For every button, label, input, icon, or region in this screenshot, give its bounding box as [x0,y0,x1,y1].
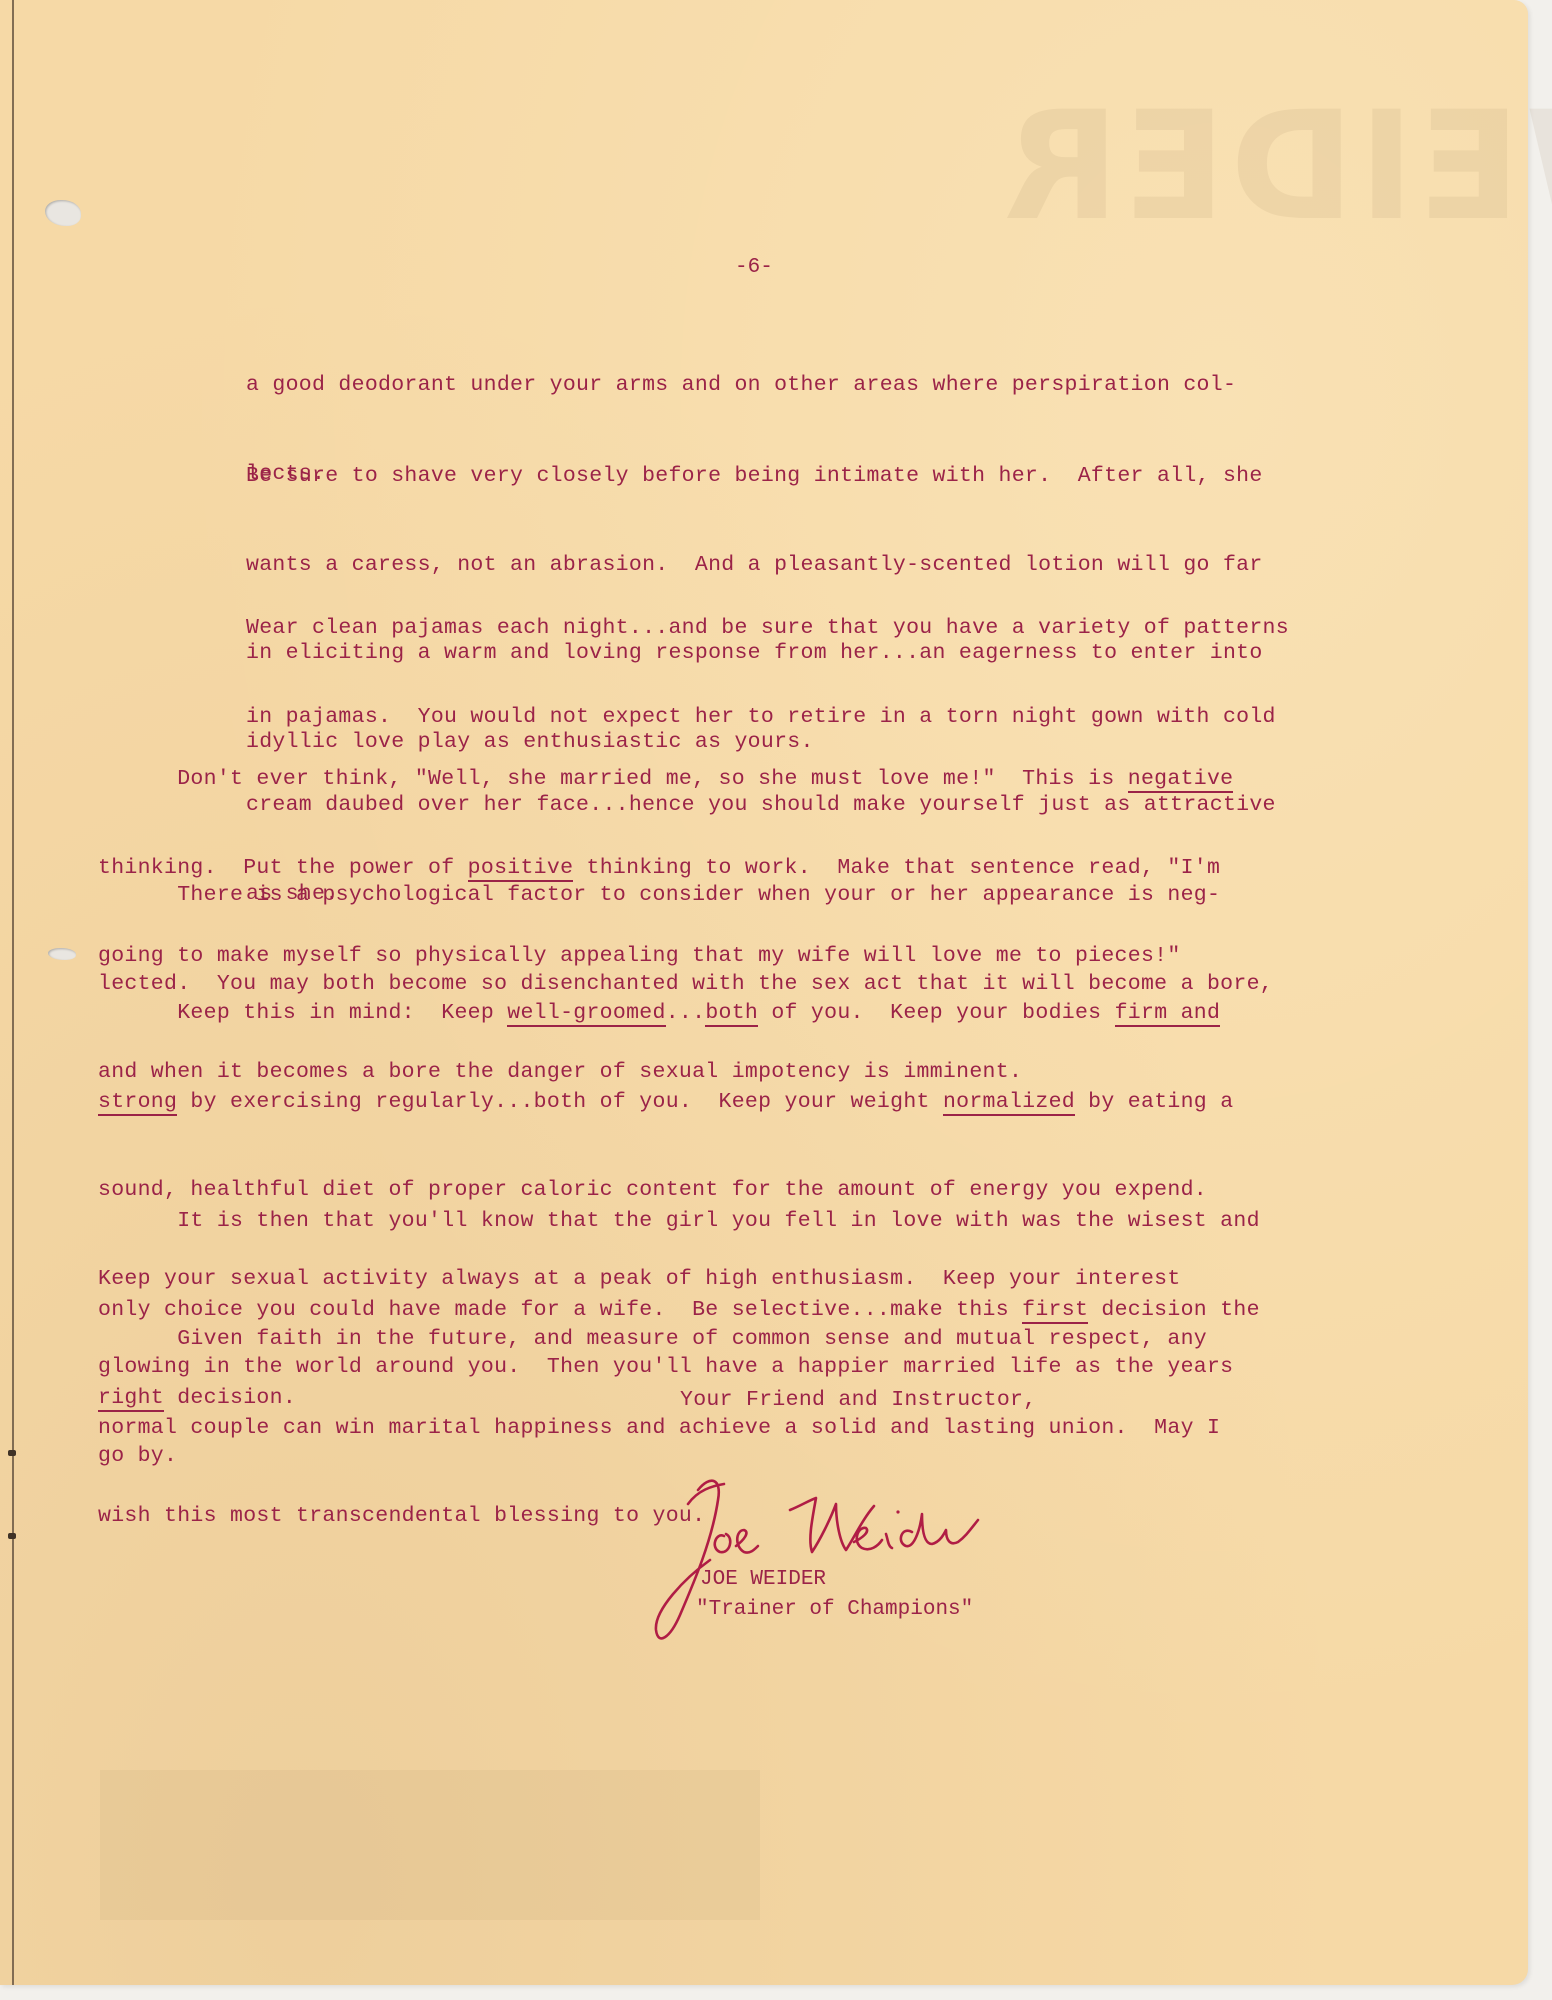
handwritten-signature: Joe Weider [640,1460,1000,1660]
text-line: There is a psychological factor to consi… [98,881,1273,911]
underlined-word: well-groomed [507,1001,665,1027]
text-line: Be sure to shave very closely before bei… [246,462,1263,492]
signature-block: Joe Weider JOE [640,1460,1000,1660]
typed-title: "Trainer of Champions" [696,1598,973,1621]
text-line: Given faith in the future, and measure o… [98,1325,1220,1355]
page-number: -6- [735,256,773,279]
underlined-word: firm and [1115,1001,1221,1027]
text-line: Wear clean pajamas each night...and be s… [246,614,1289,644]
scan-background: WEIDER -6- a good deodorant under your a… [0,0,1552,2000]
text-line: Keep this in mind: Keep well-groomed...b… [98,999,1233,1029]
show-through-text: WEIDER [1000,80,1552,254]
underlined-word: strong [98,1090,177,1116]
document-page: WEIDER -6- a good deodorant under your a… [0,0,1528,1985]
text-line: a good deodorant under your arms and on … [246,371,1236,401]
text-line: Don't ever think, "Well, she married me,… [98,765,1233,795]
typed-name: JOE WEIDER [700,1568,826,1591]
closing-salutation: Your Friend and Instructor, [680,1386,1036,1416]
staple [8,1533,16,1539]
staple [8,1450,16,1456]
underlined-word: both [705,1001,758,1027]
underlined-word: negative [1128,767,1234,793]
text-line: It is then that you'll know that the gir… [98,1207,1260,1237]
show-through-block [100,1770,760,1920]
text-line: normal couple can win marital happiness … [98,1414,1220,1444]
underlined-word: normalized [943,1090,1075,1116]
torn-hole [45,200,81,226]
text-line: strong by exercising regularly...both of… [98,1088,1233,1118]
binding-edge [12,0,14,1985]
torn-hole [48,948,76,960]
